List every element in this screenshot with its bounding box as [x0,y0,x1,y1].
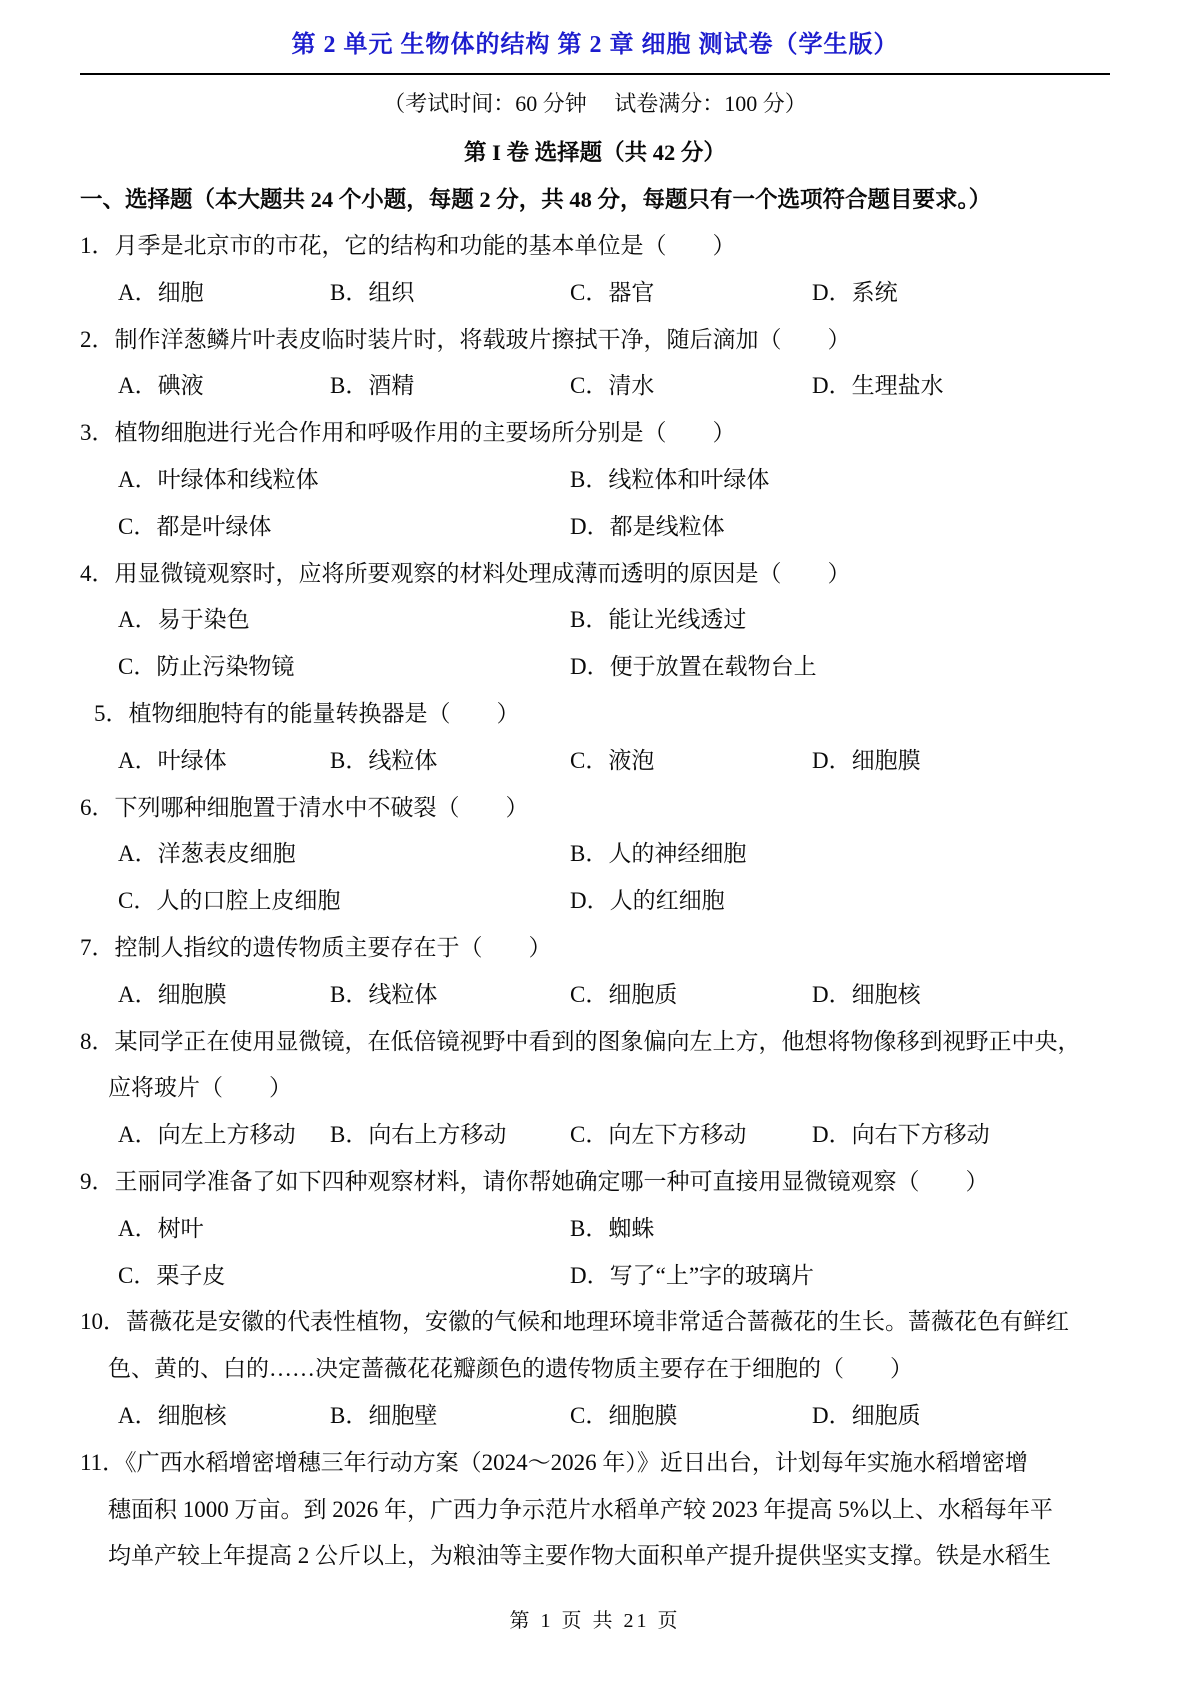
q6-options-row: A．洋葱表皮细胞B．人的神经细胞 [80,831,1110,878]
q6-options-row: C．人的口腔上皮细胞D．人的红细胞 [80,878,1110,925]
q7-option-D: D．细胞核 [812,972,1110,1019]
q1-option-A: A．细胞 [118,270,330,317]
q10-stem-line: 10．蔷薇花是安徽的代表性植物，安徽的气候和地理环境非常适合蔷薇花的生长。蔷薇花… [80,1299,1110,1346]
q5-option-A: A．叶绿体 [118,738,330,785]
q8-options-row: A．向左上方移动B．向右上方移动C．向左下方移动D．向右下方移动 [80,1112,1110,1159]
q7-option-B: B．线粒体 [330,972,570,1019]
q11-stem-line: 11．《广西水稻增密增穗三年行动方案（2024～2026 年）》近日出台，计划每… [80,1440,1110,1487]
q8-option-D: D．向右下方移动 [812,1112,1110,1159]
q4-option-C: C．防止污染物镜 [118,644,570,691]
question-q4: 4．用显微镜观察时，应将所要观察的材料处理成薄而透明的原因是（ ）A．易于染色B… [80,551,1110,691]
q4-option-D: D．便于放置在载物台上 [570,644,1110,691]
q10-option-B: B．细胞壁 [330,1393,570,1440]
question-q9: 9．王丽同学准备了如下四种观察材料，请你帮她确定哪一种可直接用显微镜观察（ ）A… [80,1159,1110,1299]
question-q8: 8．某同学正在使用显微镜，在低倍镜视野中看到的图象偏向左上方，他想将物像移到视野… [80,1019,1110,1159]
q5-option-D: D．细胞膜 [812,738,1110,785]
q10-option-C: C．细胞膜 [570,1393,812,1440]
q5-option-B: B．线粒体 [330,738,570,785]
question-q5: 5．植物细胞特有的能量转换器是（ ）A．叶绿体B．线粒体C．液泡D．细胞膜 [80,691,1110,785]
q7-option-C: C．细胞质 [570,972,812,1019]
q2-option-A: A．碘液 [118,363,330,410]
question-q7: 7．控制人指纹的遗传物质主要存在于（ ）A．细胞膜B．线粒体C．细胞质D．细胞核 [80,925,1110,1019]
q8-option-B: B．向右上方移动 [330,1112,570,1159]
q9-option-D: D．写了“上”字的玻璃片 [570,1253,1110,1300]
q7-options-row: A．细胞膜B．线粒体C．细胞质D．细胞核 [80,972,1110,1019]
q10-options-row: A．细胞核B．细胞壁C．细胞膜D．细胞质 [80,1393,1110,1440]
q9-stem-line: 9．王丽同学准备了如下四种观察材料，请你帮她确定哪一种可直接用显微镜观察（ ） [80,1159,1110,1206]
question-q1: 1．月季是北京市的市花，它的结构和功能的基本单位是（ ）A．细胞B．组织C．器官… [80,223,1110,317]
q1-option-D: D．系统 [812,270,1110,317]
q11-stem-line: 穗面积 1000 万亩。到 2026 年，广西力争示范片水稻单产较 2023 年… [80,1487,1110,1534]
q3-stem-line: 3．植物细胞进行光合作用和呼吸作用的主要场所分别是（ ） [80,410,1110,457]
q4-options-row: C．防止污染物镜D．便于放置在载物台上 [80,644,1110,691]
q2-stem-line: 2．制作洋葱鳞片叶表皮临时装片时，将载玻片擦拭干净，随后滴加（ ） [80,317,1110,364]
q9-options-row: C．栗子皮D．写了“上”字的玻璃片 [80,1253,1110,1300]
q1-option-C: C．器官 [570,270,812,317]
question-q2: 2．制作洋葱鳞片叶表皮临时装片时，将载玻片擦拭干净，随后滴加（ ）A．碘液B．酒… [80,317,1110,411]
q1-options-row: A．细胞B．组织C．器官D．系统 [80,270,1110,317]
q10-stem-line: 色、黄的、白的……决定蔷薇花花瓣颜色的遗传物质主要存在于细胞的（ ） [80,1346,1110,1393]
q11-stem-line: 均单产较上年提高 2 公斤以上，为粮油等主要作物大面积单产提升提供坚实支撑。铁是… [80,1533,1110,1580]
q2-option-D: D．生理盐水 [812,363,1110,410]
q2-option-B: B．酒精 [330,363,570,410]
q9-options-row: A．树叶B．蜘蛛 [80,1206,1110,1253]
q4-stem-line: 4．用显微镜观察时，应将所要观察的材料处理成薄而透明的原因是（ ） [80,551,1110,598]
question-q6: 6．下列哪种细胞置于清水中不破裂（ ）A．洋葱表皮细胞B．人的神经细胞C．人的口… [80,785,1110,925]
q3-options-row: C．都是叶绿体D．都是线粒体 [80,504,1110,551]
q4-option-B: B．能让光线透过 [570,597,1110,644]
q2-options-row: A．碘液B．酒精C．清水D．生理盐水 [80,363,1110,410]
q9-option-A: A．树叶 [118,1206,570,1253]
q6-option-B: B．人的神经细胞 [570,831,1110,878]
exam-paper-page: 第 2 单元 生物体的结构 第 2 章 细胞 测试卷（学生版） （考试时间：60… [0,0,1190,1682]
q6-option-D: D．人的红细胞 [570,878,1110,925]
q8-stem-line: 应将玻片（ ） [80,1065,1110,1112]
q6-option-C: C．人的口腔上皮细胞 [118,878,570,925]
page-footer: 第 1 页 共 21 页 [0,1608,1190,1634]
q3-option-B: B．线粒体和叶绿体 [570,457,1110,504]
q10-option-A: A．细胞核 [118,1393,330,1440]
q8-stem-line: 8．某同学正在使用显微镜，在低倍镜视野中看到的图象偏向左上方，他想将物像移到视野… [80,1019,1110,1066]
q9-option-C: C．栗子皮 [118,1253,570,1300]
question-q10: 10．蔷薇花是安徽的代表性植物，安徽的气候和地理环境非常适合蔷薇花的生长。蔷薇花… [80,1299,1110,1439]
questions-area: 1．月季是北京市的市花，它的结构和功能的基本单位是（ ）A．细胞B．组织C．器官… [80,223,1110,1580]
q6-stem-line: 6．下列哪种细胞置于清水中不破裂（ ） [80,785,1110,832]
q6-option-A: A．洋葱表皮细胞 [118,831,570,878]
q10-option-D: D．细胞质 [812,1393,1110,1440]
q2-option-C: C．清水 [570,363,812,410]
part1-title: 第 I 卷 选择题（共 42 分） [80,137,1110,169]
q3-options-row: A．叶绿体和线粒体B．线粒体和叶绿体 [80,457,1110,504]
q9-option-B: B．蜘蛛 [570,1206,1110,1253]
q7-option-A: A．细胞膜 [118,972,330,1019]
q1-stem-line: 1．月季是北京市的市花，它的结构和功能的基本单位是（ ） [80,223,1110,270]
q5-options-row: A．叶绿体B．线粒体C．液泡D．细胞膜 [80,738,1110,785]
q5-stem-line: 5．植物细胞特有的能量转换器是（ ） [80,691,1110,738]
q7-stem-line: 7．控制人指纹的遗传物质主要存在于（ ） [80,925,1110,972]
exam-time-info: （考试时间：60 分钟 试卷满分：100 分） [80,89,1110,119]
q3-option-A: A．叶绿体和线粒体 [118,457,570,504]
title-divider [80,73,1110,75]
q8-option-C: C．向左下方移动 [570,1112,812,1159]
q3-option-C: C．都是叶绿体 [118,504,570,551]
q5-option-C: C．液泡 [570,738,812,785]
paper-title: 第 2 单元 生物体的结构 第 2 章 细胞 测试卷（学生版） [80,27,1110,64]
q3-option-D: D．都是线粒体 [570,504,1110,551]
question-q3: 3．植物细胞进行光合作用和呼吸作用的主要场所分别是（ ）A．叶绿体和线粒体B．线… [80,410,1110,550]
q4-options-row: A．易于染色B．能让光线透过 [80,597,1110,644]
section-instruction: 一、选择题（本大题共 24 个小题，每题 2 分，共 48 分，每题只有一个选项… [80,184,1110,216]
q4-option-A: A．易于染色 [118,597,570,644]
q8-option-A: A．向左上方移动 [118,1112,330,1159]
q1-option-B: B．组织 [330,270,570,317]
question-q11: 11．《广西水稻增密增穗三年行动方案（2024～2026 年）》近日出台，计划每… [80,1440,1110,1580]
